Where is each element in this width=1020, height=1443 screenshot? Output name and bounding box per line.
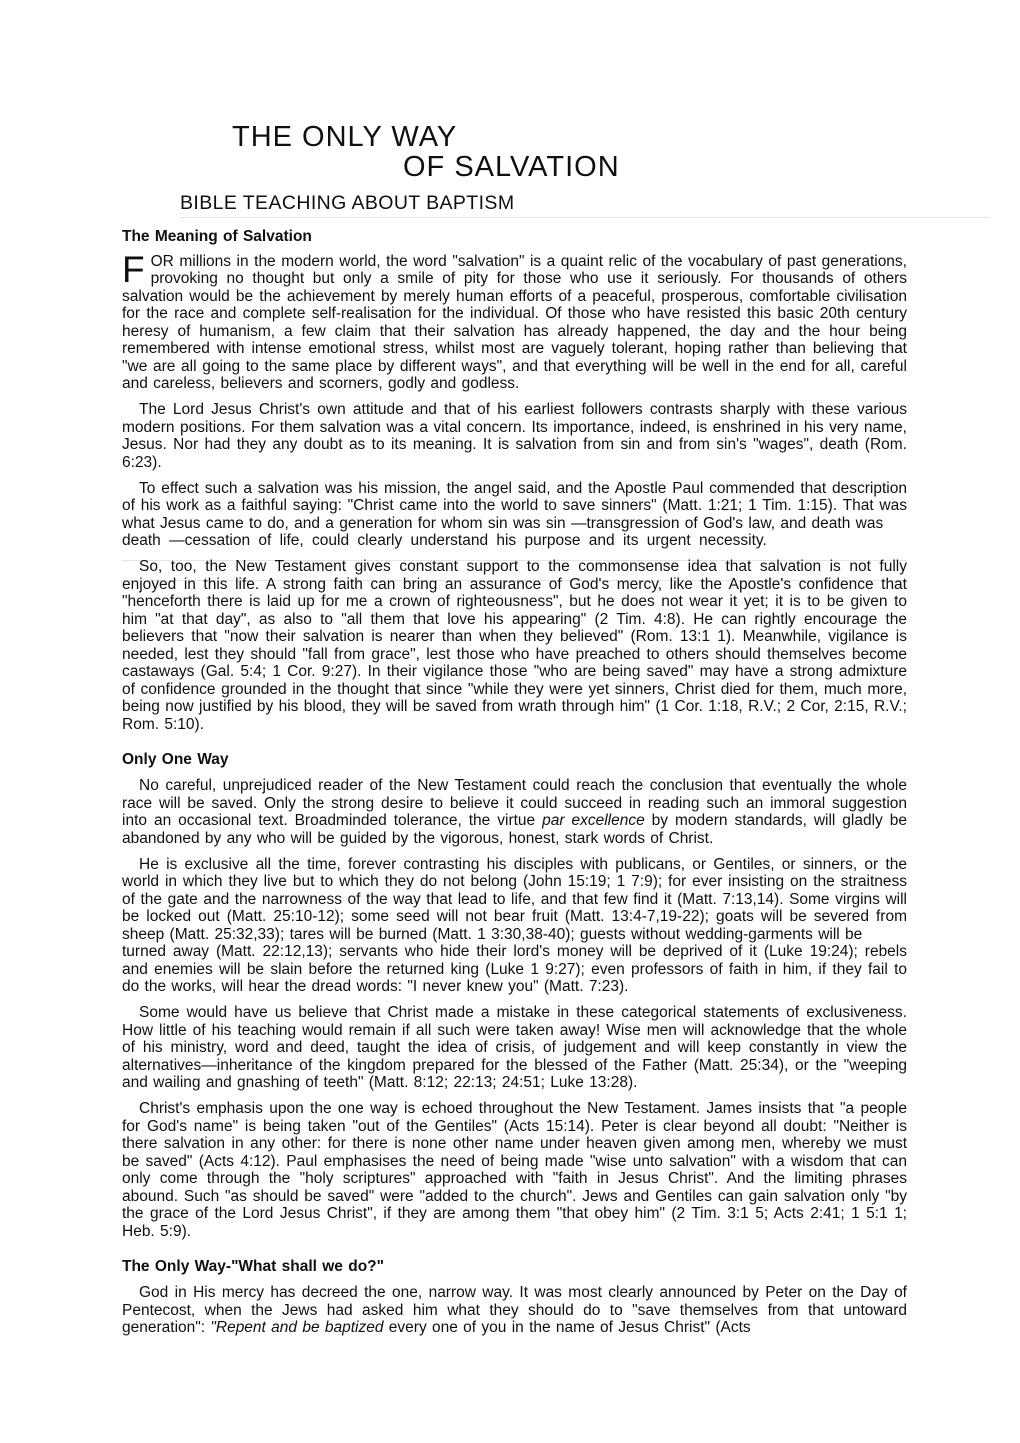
- section-what-shall-we-do: The Only Way-"What shall we do?" God in …: [122, 1258, 907, 1337]
- paragraph: Some would have us believe that Christ m…: [122, 1004, 907, 1092]
- paragraph: He is exclusive all the time, forever co…: [122, 856, 907, 944]
- italic-phrase: "Repent and be baptized: [210, 1319, 383, 1336]
- paragraph-text: every one of you in the name of Jesus Ch…: [383, 1319, 750, 1336]
- paragraph: God in His mercy has decreed the one, na…: [122, 1284, 907, 1337]
- paragraph-text: OR millions in the modern world, the wor…: [122, 253, 907, 393]
- page-subtitle: BIBLE TEACHING ABOUT BAPTISM: [180, 192, 514, 215]
- paragraph: The Lord Jesus Christ's own attitude and…: [122, 401, 907, 471]
- scan-artifact-line: [180, 217, 990, 218]
- section-only-one-way: Only One Way No careful, unprejudiced re…: [122, 751, 907, 1240]
- document-page: THE ONLY WAY OF SALVATION BIBLE TEACHING…: [0, 0, 1020, 1443]
- paragraph-continuation: death —cessation of life, could clearly …: [122, 532, 907, 550]
- paragraph: Christ's emphasis upon the one way is ec…: [122, 1100, 907, 1240]
- italic-phrase: par excellence: [542, 812, 645, 829]
- page-title-line1: THE ONLY WAY: [232, 122, 457, 153]
- section-heading: The Meaning of Salvation: [122, 228, 907, 246]
- drop-cap: F: [122, 253, 151, 285]
- section-heading: The Only Way-"What shall we do?": [122, 1258, 907, 1276]
- document-body: The Meaning of Salvation FOR millions in…: [122, 228, 907, 1337]
- paragraph-continuation: turned away (Matt. 22:12,13); servants w…: [122, 943, 907, 996]
- paragraph: No careful, unprejudiced reader of the N…: [122, 777, 907, 847]
- paragraph: FOR millions in the modern world, the wo…: [122, 253, 907, 393]
- page-title-line2: OF SALVATION: [403, 152, 620, 183]
- paragraph: To effect such a salvation was his missi…: [122, 480, 907, 533]
- paragraph: So, too, the New Testament gives constan…: [122, 558, 907, 733]
- section-heading: Only One Way: [122, 751, 907, 769]
- section-meaning-of-salvation: The Meaning of Salvation FOR millions in…: [122, 228, 907, 733]
